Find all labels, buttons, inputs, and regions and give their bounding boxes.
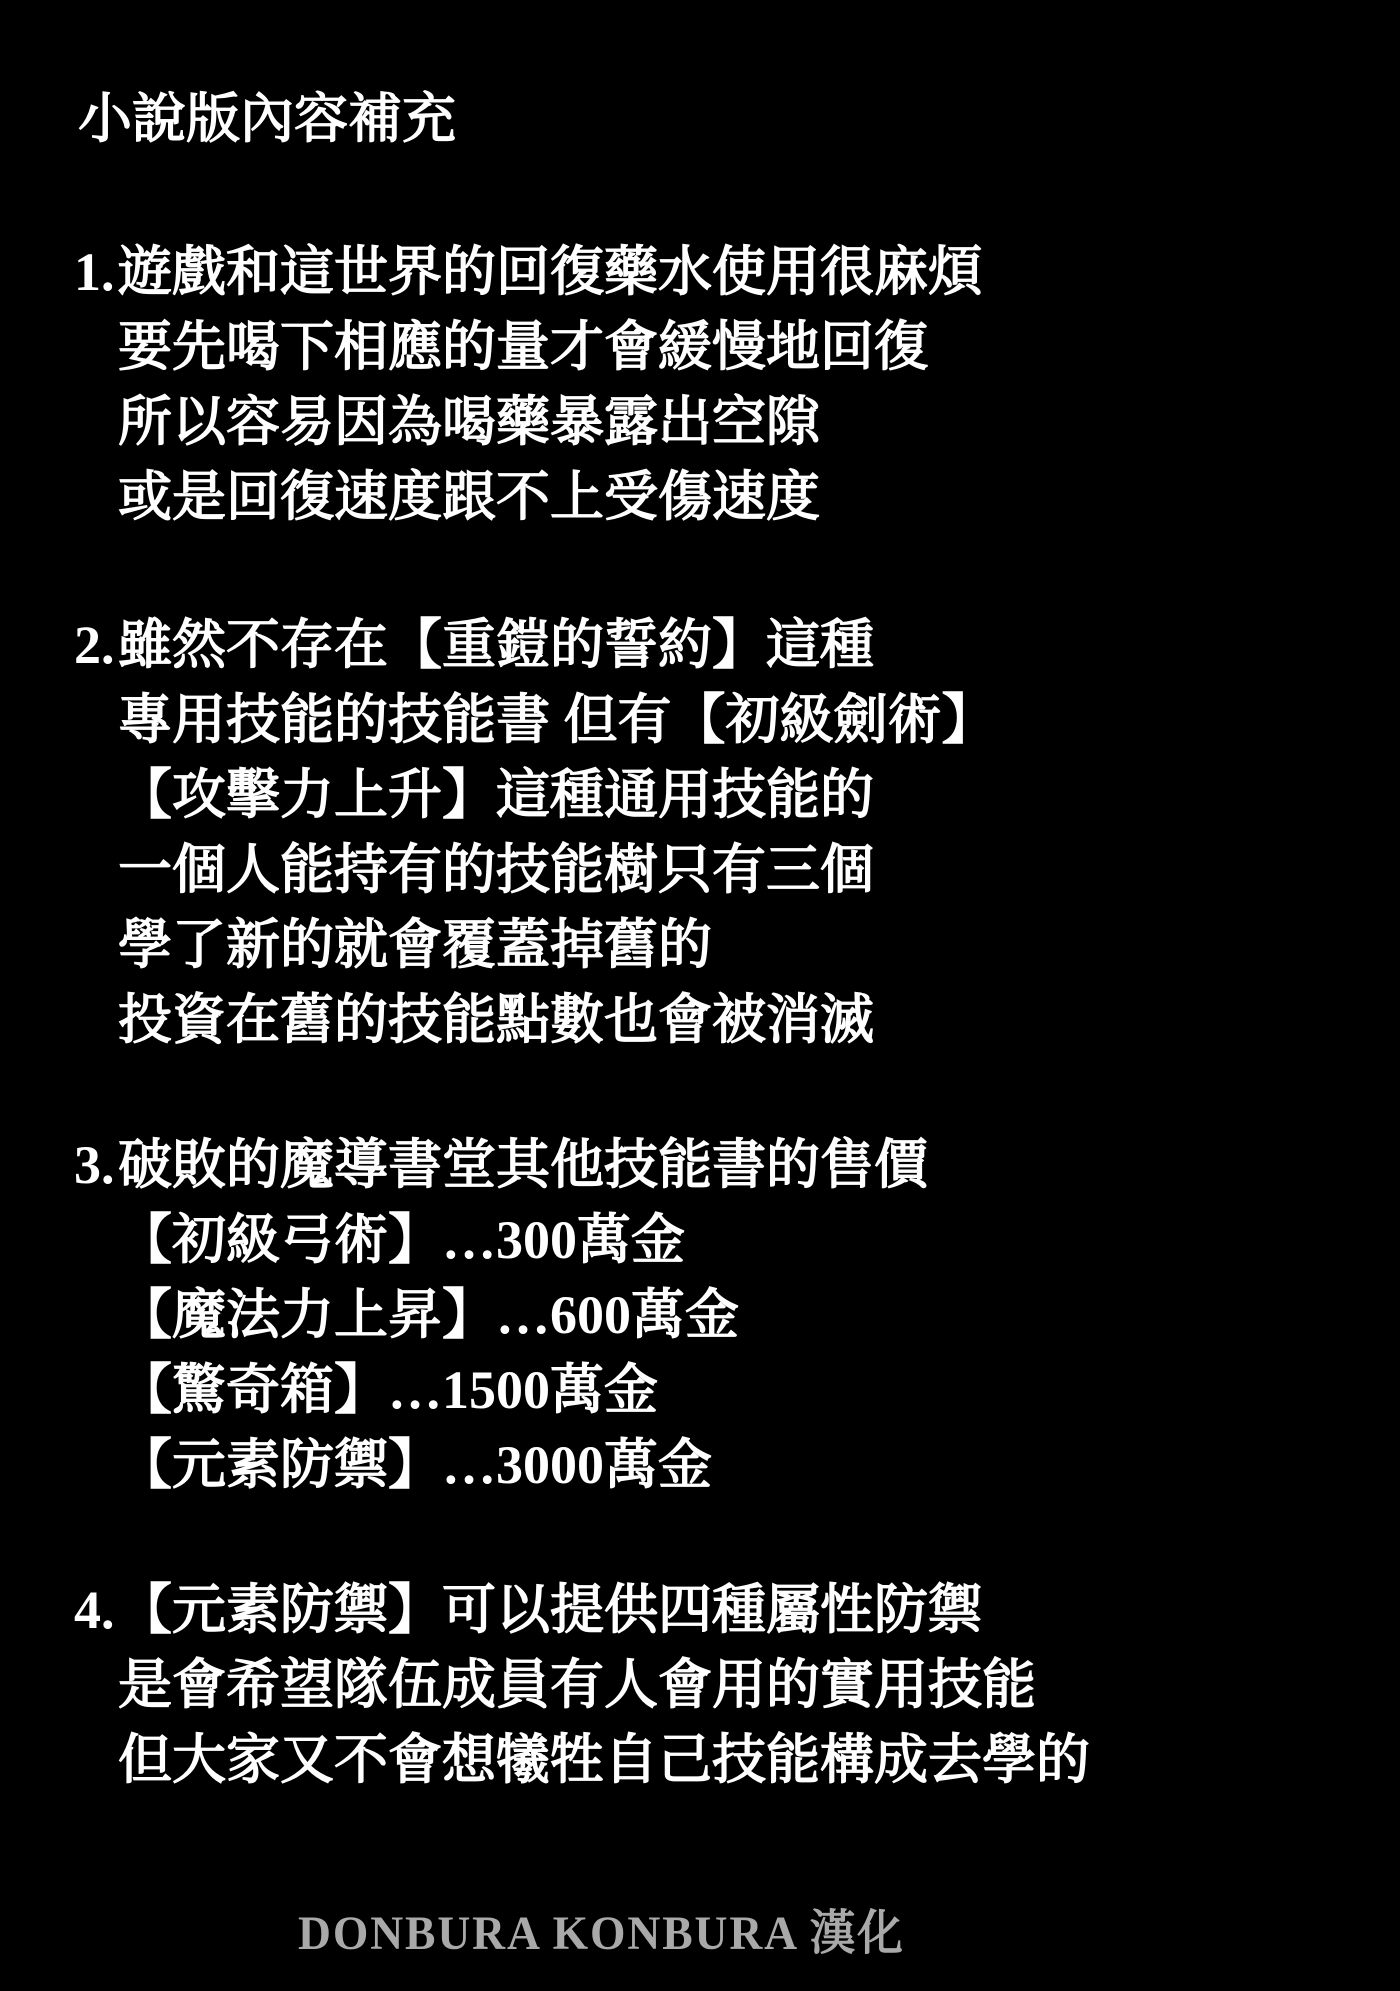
note-line: 學了新的就會覆蓋掉舊的 xyxy=(118,908,1400,983)
credit-footer: DONBURA KONBURA 漢化 xyxy=(298,1905,905,1963)
note-line: 【攻擊力上升】這種通用技能的 xyxy=(118,758,1400,833)
note-line: 遊戲和這世界的回復藥水使用很麻煩 xyxy=(118,235,1400,310)
note-line: 所以容易因為喝藥暴露出空隙 xyxy=(118,385,1400,460)
note-line: 但大家又不會想犧牲自己技能構成去學的 xyxy=(118,1723,1400,1798)
price-line: 【魔法力上昇】…600萬金 xyxy=(118,1278,1400,1353)
note-section-1: 1. 遊戲和這世界的回復藥水使用很麻煩 要先喝下相應的量才會緩慢地回復 所以容易… xyxy=(0,235,1400,535)
price-line: 【初級弓術】…300萬金 xyxy=(118,1203,1400,1278)
section-number: 4. xyxy=(74,1573,115,1648)
note-section-4: 4. 【元素防禦】可以提供四種屬性防禦 是會希望隊伍成員有人會用的實用技能 但大… xyxy=(0,1573,1400,1798)
note-line: 或是回復速度跟不上受傷速度 xyxy=(118,460,1400,535)
note-section-2: 2. 雖然不存在【重鎧的誓約】這種 專用技能的技能書 但有【初級劍術】 【攻擊力… xyxy=(0,608,1400,1058)
section-number: 3. xyxy=(74,1128,115,1203)
price-line: 【驚奇箱】…1500萬金 xyxy=(118,1353,1400,1428)
note-line: 是會希望隊伍成員有人會用的實用技能 xyxy=(118,1648,1400,1723)
note-line: 要先喝下相應的量才會緩慢地回復 xyxy=(118,310,1400,385)
section-number: 1. xyxy=(74,235,115,310)
note-line: 破敗的魔導書堂其他技能書的售價 xyxy=(118,1128,1400,1203)
note-line: 專用技能的技能書 但有【初級劍術】 xyxy=(118,683,1400,758)
note-line: 雖然不存在【重鎧的誓約】這種 xyxy=(118,608,1400,683)
note-line: 一個人能持有的技能樹只有三個 xyxy=(118,833,1400,908)
note-line: 【元素防禦】可以提供四種屬性防禦 xyxy=(118,1573,1400,1648)
note-line: 投資在舊的技能點數也會被消滅 xyxy=(118,983,1400,1058)
page-title: 小說版內容補充 xyxy=(78,82,456,157)
price-line: 【元素防禦】…3000萬金 xyxy=(118,1428,1400,1503)
translator-note-page: 小說版內容補充 1. 遊戲和這世界的回復藥水使用很麻煩 要先喝下相應的量才會緩慢… xyxy=(0,0,1400,1991)
section-number: 2. xyxy=(74,608,115,683)
note-section-3: 3. 破敗的魔導書堂其他技能書的售價 【初級弓術】…300萬金 【魔法力上昇】…… xyxy=(0,1128,1400,1503)
